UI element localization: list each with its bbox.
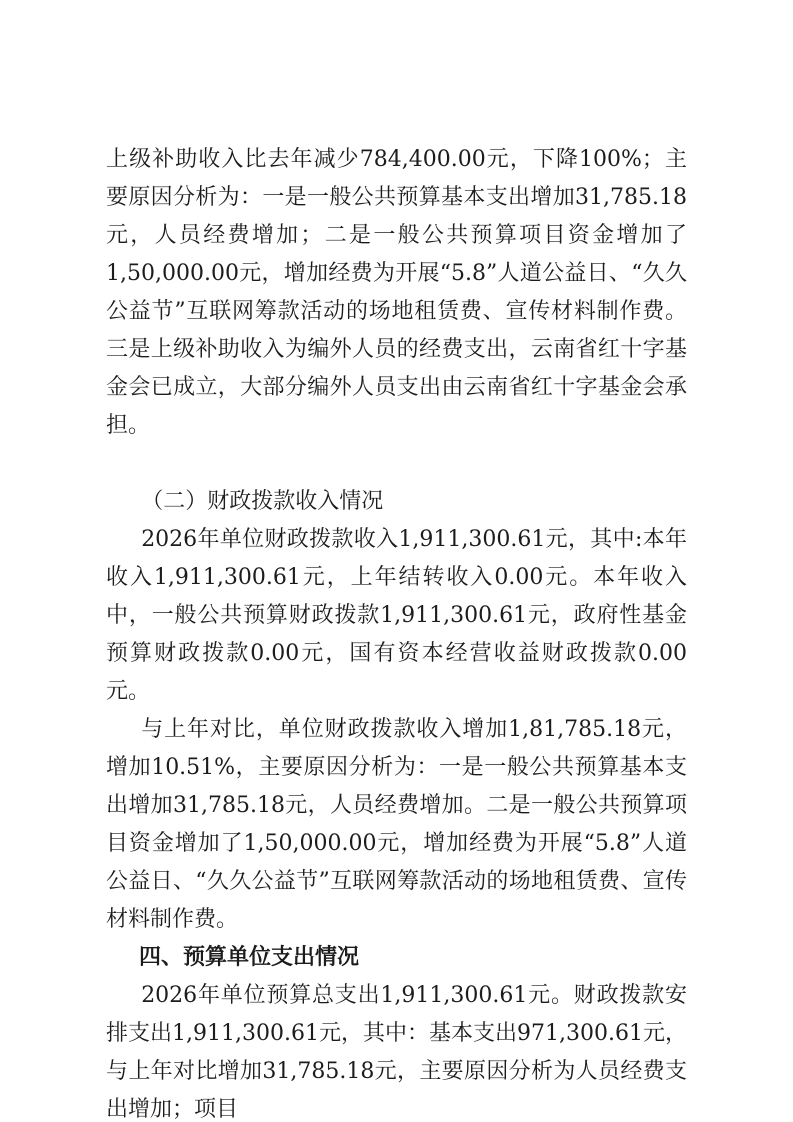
document-body: 上级补助收入比去年减少784,400.00元，下降100%；主要原因分析为：一是…	[0, 0, 793, 1122]
paragraph-year-over-year-comparison: 与上年对比，单位财政拨款收入增加1,81,785.18元，增加10.51%，主要…	[106, 711, 687, 939]
paragraph-fiscal-appropriation-2026: 2026年单位财政拨款收入1,911,300.61元，其中:本年收入1,911,…	[106, 521, 687, 711]
section-heading-budget-unit-expenditure: 四、预算单位支出情况	[106, 939, 687, 977]
paragraph-budget-total-expenditure: 2026年单位预算总支出1,911,300.61元。财政拨款安排支出1,911,…	[106, 977, 687, 1122]
blank-line	[106, 445, 687, 483]
section-heading-fiscal-appropriation-income: （二）财政拨款收入情况	[106, 483, 687, 521]
document-page: 上级补助收入比去年减少784,400.00元，下降100%；主要原因分析为：一是…	[0, 0, 793, 1122]
paragraph-superior-subsidy-income: 上级补助收入比去年减少784,400.00元，下降100%；主要原因分析为：一是…	[106, 141, 687, 445]
